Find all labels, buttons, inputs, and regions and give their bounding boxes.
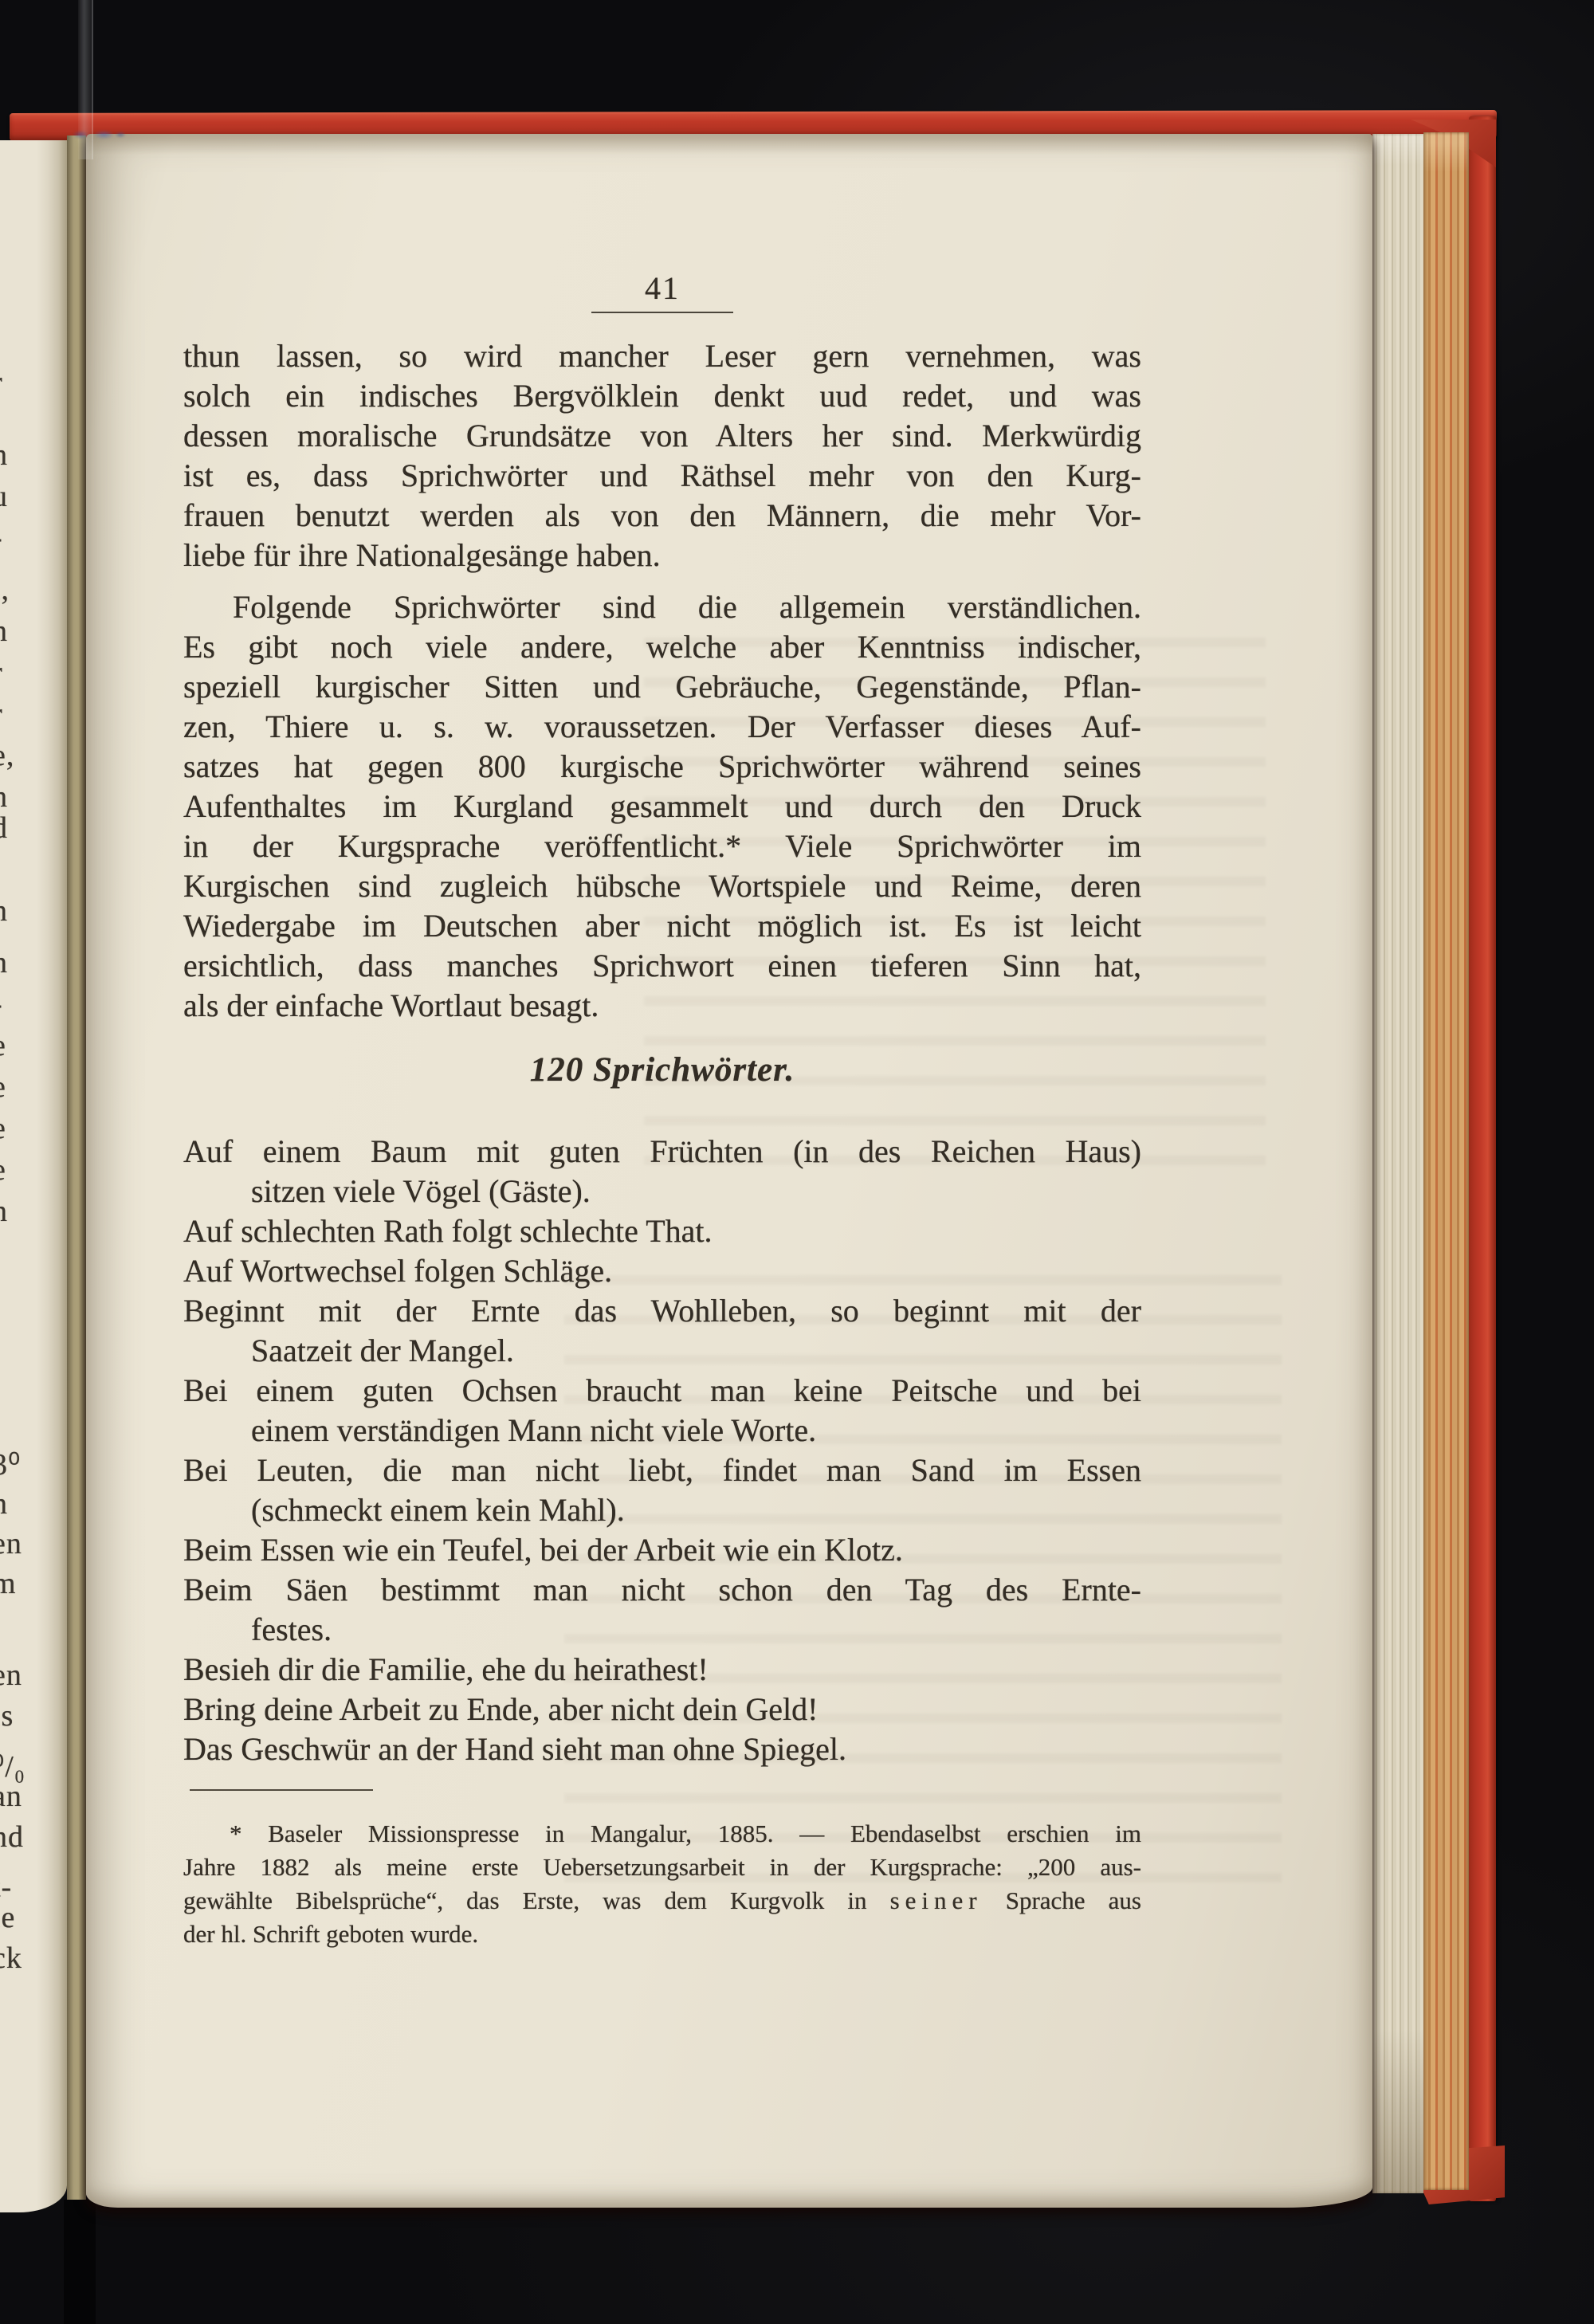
text-segment: Bei Leuten, die man nicht liebt, findet … bbox=[183, 1452, 1141, 1488]
paragraph: Folgende Sprichwörter sind die allgemein… bbox=[183, 587, 1141, 1026]
text-segment: Auf schlechten Rath folgt schlechte That… bbox=[183, 1213, 713, 1249]
text-segment: in der Kurgsprache veröffentlicht.* Viel… bbox=[183, 828, 1141, 864]
text-line: thun lassen, so wird mancher Leser gern … bbox=[183, 336, 1141, 376]
margin-letter-fragment: n bbox=[0, 614, 8, 649]
section-heading: 120 Sprichwörter. bbox=[183, 1050, 1141, 1089]
margin-letter-fragment: an bbox=[0, 1779, 22, 1814]
margin-letter-fragment: h bbox=[0, 779, 8, 815]
text-line: Besieh dir die Familie, ehe du heirathes… bbox=[183, 1650, 1141, 1690]
margin-letter-fragment: ie bbox=[0, 1900, 15, 1935]
page-block-tan-edge bbox=[1423, 132, 1469, 2190]
text-segment: dessen moralische Grundsätze von Alters … bbox=[183, 418, 1141, 453]
paragraph: thun lassen, so wird mancher Leser gern … bbox=[183, 336, 1141, 575]
text-line: satzes hat gegen 800 kurgische Sprichwör… bbox=[183, 747, 1141, 787]
margin-letter-fragment: - bbox=[0, 987, 3, 1022]
text-segment: Bring deine Arbeit zu Ende, aber nicht d… bbox=[183, 1691, 818, 1727]
text-segment: Beim Säen bestimmt man nicht schon den T… bbox=[183, 1572, 1141, 1608]
book-gutter bbox=[67, 135, 86, 2217]
margin-letter-fragment: n bbox=[0, 945, 8, 980]
text-segment: satzes hat gegen 800 kurgische Sprichwör… bbox=[183, 748, 1141, 784]
text-segment: Wiedergabe im Deutschen aber nicht mögli… bbox=[183, 908, 1141, 944]
text-segment: solch ein indisches Bergvölklein denkt u… bbox=[183, 378, 1141, 414]
text-segment: Beginnt mit der Ernte das Wohlleben, so … bbox=[183, 1293, 1141, 1329]
text-line: Beim Säen bestimmt man nicht schon den T… bbox=[183, 1570, 1141, 1610]
margin-letter-fragment: ck bbox=[0, 1941, 22, 1976]
text-line: Das Geschwür an der Hand sieht man ohne … bbox=[183, 1729, 1141, 1769]
text-line: Beginnt mit der Ernte das Wohlleben, so … bbox=[183, 1291, 1141, 1331]
text-line: speziell kurgischer Sitten und Gebräuche… bbox=[183, 667, 1141, 707]
text-line: Auf einem Baum mit guten Früchten (in de… bbox=[183, 1132, 1141, 1172]
text-line: Bei einem guten Ochsen braucht man keine… bbox=[183, 1371, 1141, 1411]
gutter-shadow bbox=[64, 2200, 96, 2324]
text-line: Es gibt noch viele andere, welche aber K… bbox=[183, 627, 1141, 667]
text-segment: Aufenthaltes im Kurgland gesammelt und d… bbox=[183, 788, 1141, 824]
text-segment: ersichtlich, dass manches Sprichwort ein… bbox=[183, 948, 1141, 983]
margin-letter-fragment: en bbox=[0, 1658, 22, 1693]
page-number: 41 bbox=[183, 271, 1141, 306]
text-line: festes. bbox=[183, 1610, 1141, 1650]
footnote-rule bbox=[190, 1789, 373, 1791]
text-line: ist es, dass Sprichwörter und Räthsel me… bbox=[183, 456, 1141, 496]
text-line: der hl. Schrift geboten wurde. bbox=[183, 1918, 1141, 1951]
text-line: Kurgischen sind zugleich hübsche Wortspi… bbox=[183, 866, 1141, 906]
text-line: Bei Leuten, die man nicht liebt, findet … bbox=[183, 1451, 1141, 1490]
text-line: als der einfache Wortlaut besagt. bbox=[183, 986, 1141, 1026]
text-line: Auf Wortwechsel folgen Schläge. bbox=[183, 1251, 1141, 1291]
margin-letter-fragment: en bbox=[0, 1526, 22, 1561]
text-segment: Folgende Sprichwörter sind die allgemein… bbox=[233, 589, 1141, 625]
margin-letter-fragment: m bbox=[0, 1566, 17, 1601]
text-line: Saatzeit der Mangel. bbox=[183, 1331, 1141, 1371]
facing-page-edge: rhu-i,nrre,hdnn-eeeen3⁰nenmenls⁰/₀anndt-… bbox=[0, 140, 67, 2212]
text-segment: Sprache aus bbox=[983, 1886, 1141, 1914]
text-segment: zen, Thiere u. s. w. voraussetzen. Der V… bbox=[183, 709, 1141, 744]
text-line: zen, Thiere u. s. w. voraussetzen. Der V… bbox=[183, 707, 1141, 747]
text-segment: Es gibt noch viele andere, welche aber K… bbox=[183, 629, 1141, 665]
text-segment: Kurgischen sind zugleich hübsche Wortspi… bbox=[183, 868, 1141, 904]
margin-letter-fragment: r bbox=[0, 655, 3, 690]
margin-letter-fragment: e bbox=[0, 1070, 6, 1105]
text-segment: Das Geschwür an der Hand sieht man ohne … bbox=[183, 1731, 846, 1767]
text-line: solch ein indisches Bergvölklein denkt u… bbox=[183, 376, 1141, 416]
text-segment: sitzen viele Vögel (Gäste). bbox=[251, 1173, 591, 1209]
margin-letter-fragment: u bbox=[0, 479, 8, 514]
page-number-rule bbox=[591, 312, 733, 313]
text-segment: Auf einem Baum mit guten Früchten (in de… bbox=[183, 1133, 1141, 1169]
text-line: Beim Essen wie ein Teufel, bei der Arbei… bbox=[183, 1530, 1141, 1570]
margin-letter-fragment: e, bbox=[0, 738, 14, 773]
text-line: sitzen viele Vögel (Gäste). bbox=[183, 1172, 1141, 1211]
text-segment: Bei einem guten Ochsen braucht man keine… bbox=[183, 1372, 1141, 1408]
text-segment: Beim Essen wie ein Teufel, bei der Arbei… bbox=[183, 1532, 903, 1568]
text-segment: Auf Wortwechsel folgen Schläge. bbox=[183, 1253, 612, 1289]
text-segment: als der einfache Wortlaut besagt. bbox=[183, 987, 599, 1023]
text-segment: speziell kurgischer Sitten und Gebräuche… bbox=[183, 669, 1141, 705]
margin-letter-fragment: n bbox=[0, 1194, 8, 1229]
footnote: * Baseler Missionspresse in Mangalur, 18… bbox=[183, 1817, 1141, 1961]
margin-letter-fragment: d bbox=[0, 811, 8, 846]
margin-letter-fragment: nd bbox=[0, 1820, 24, 1855]
margin-letter-fragment: h bbox=[0, 438, 8, 473]
margin-letter-fragment: r bbox=[0, 365, 3, 400]
page-fore-edges bbox=[1372, 134, 1423, 2193]
text-segment: ist es, dass Sprichwörter und Räthsel me… bbox=[183, 457, 1141, 493]
text-segment: einem verständigen Mann nicht viele Wort… bbox=[251, 1412, 816, 1448]
margin-letter-fragment: 3⁰ bbox=[0, 1447, 21, 1482]
text-line: dessen moralische Grundsätze von Alters … bbox=[183, 416, 1141, 456]
blue-ink-mark bbox=[69, 128, 128, 142]
proverb-list: Auf einem Baum mit guten Früchten (in de… bbox=[183, 1132, 1141, 1769]
margin-letter-fragment: r bbox=[0, 697, 3, 732]
margin-letter-fragment: i, bbox=[0, 572, 10, 607]
text-segment: liebe für ihre Nationalgesänge haben. bbox=[183, 537, 661, 573]
text-segment: Jahre 1882 als meine erste Uebersetzungs… bbox=[183, 1853, 1141, 1881]
margin-letter-fragment: e bbox=[0, 1028, 6, 1063]
text-segment: * Baseler Missionspresse in Mangalur, 18… bbox=[230, 1820, 1141, 1847]
text-segment: gewählte Bibelsprüche“, das Erste, was d… bbox=[183, 1886, 890, 1914]
page-number-block: 41 bbox=[183, 271, 1141, 313]
margin-letter-fragment: - bbox=[0, 520, 3, 555]
emphasized-spaced-word: seiner bbox=[890, 1886, 983, 1914]
text-line: in der Kurgsprache veröffentlicht.* Viel… bbox=[183, 826, 1141, 866]
margin-letter-fragment: ls bbox=[0, 1698, 14, 1733]
text-line: ersichtlich, dass manches Sprichwort ein… bbox=[183, 946, 1141, 986]
text-line: (schmeckt einem kein Mahl). bbox=[183, 1490, 1141, 1530]
text-line: Bring deine Arbeit zu Ende, aber nicht d… bbox=[183, 1690, 1141, 1729]
text-segment: frauen benutzt werden als von den Männer… bbox=[183, 497, 1141, 533]
text-segment: Besieh dir die Familie, ehe du heirathes… bbox=[183, 1651, 709, 1687]
text-line: Wiedergabe im Deutschen aber nicht mögli… bbox=[183, 906, 1141, 946]
text-line: gewählte Bibelsprüche“, das Erste, was d… bbox=[183, 1884, 1141, 1918]
margin-letter-fragment: e bbox=[0, 1111, 6, 1146]
text-segment: der hl. Schrift geboten wurde. bbox=[183, 1920, 478, 1948]
text-segment: Saatzeit der Mangel. bbox=[251, 1333, 514, 1368]
text-line: Aufenthaltes im Kurgland gesammelt und d… bbox=[183, 787, 1141, 826]
text-line: frauen benutzt werden als von den Männer… bbox=[183, 496, 1141, 536]
text-line: Jahre 1882 als meine erste Uebersetzungs… bbox=[183, 1851, 1141, 1884]
text-segment: thun lassen, so wird mancher Leser gern … bbox=[183, 338, 1141, 374]
margin-letter-fragment: n bbox=[0, 893, 8, 928]
text-segment: festes. bbox=[251, 1611, 332, 1647]
book-page: 41 thun lassen, so wird mancher Leser ge… bbox=[86, 134, 1372, 2208]
book-scan-photo: rhu-i,nrre,hdnn-eeeen3⁰nenmenls⁰/₀anndt-… bbox=[0, 0, 1594, 2324]
text-line: liebe für ihre Nationalgesänge haben. bbox=[183, 536, 1141, 575]
margin-letter-fragment: e bbox=[0, 1152, 6, 1188]
text-line: einem verständigen Mann nicht viele Wort… bbox=[183, 1411, 1141, 1451]
text-line: Folgende Sprichwörter sind die allgemein… bbox=[183, 587, 1141, 627]
text-segment: (schmeckt einem kein Mahl). bbox=[251, 1492, 625, 1528]
margin-letter-fragment: n bbox=[0, 1486, 8, 1521]
text-line: * Baseler Missionspresse in Mangalur, 18… bbox=[183, 1817, 1141, 1851]
text-line: Auf schlechten Rath folgt schlechte That… bbox=[183, 1211, 1141, 1251]
book-cover-right-edge bbox=[1469, 116, 1496, 2201]
